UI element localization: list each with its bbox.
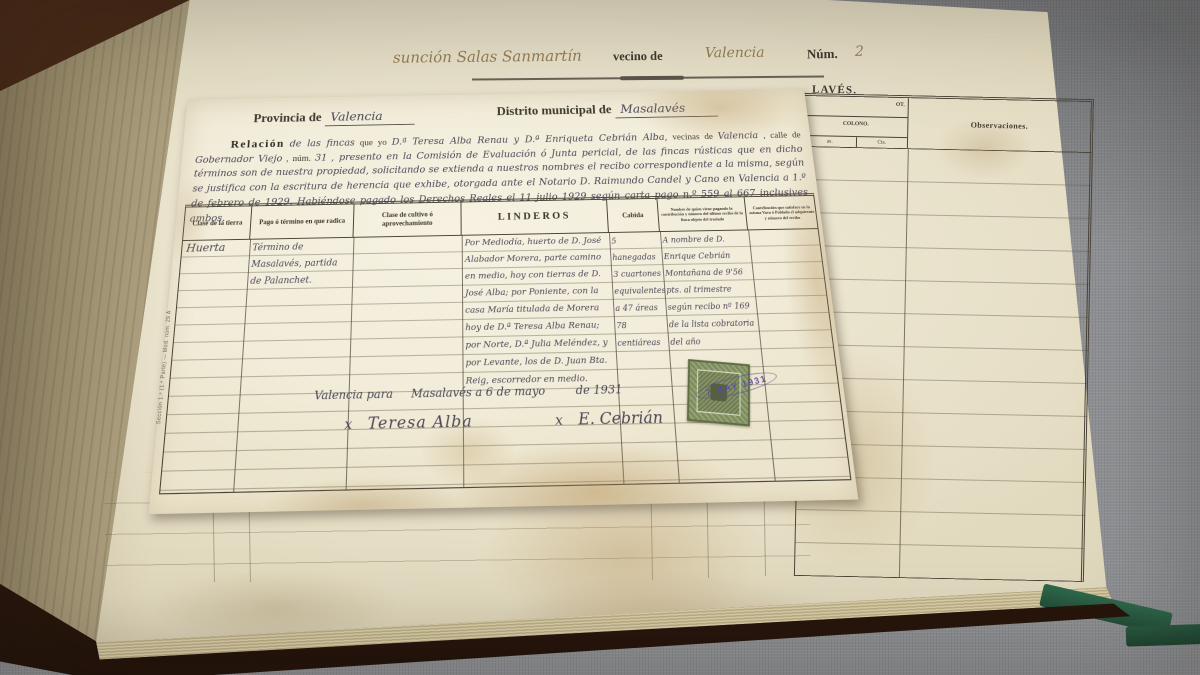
distrito-line: Distrito municipal de Masalavés (497, 101, 718, 119)
relacion-form-sheet: Provincia de Valencia Distrito municipal… (149, 89, 859, 515)
ledger-header-line: sunción Salas Sanmartín vecino de Valenc… (375, 41, 920, 77)
street-number-handwritten: 31 (315, 153, 328, 163)
signature-x-mark: x (555, 413, 563, 430)
intro-printed: , calle de (763, 131, 802, 141)
declarants-names-handwritten: D.ª Teresa Alba Renau y D.ª Enriqueta Ce… (392, 133, 668, 148)
tax-stamp: 7 MAY 1931 (687, 359, 750, 426)
date-part-city: Valencia para (314, 387, 393, 403)
intro-printed: que yo (360, 139, 387, 149)
intro-handwritten: de las fincas (289, 138, 355, 149)
header-pago-termino: Pago ó término en que radica (250, 204, 354, 238)
ptas-label: as. (804, 136, 856, 147)
cell-clase-tierra: Huerta (186, 241, 226, 254)
fincas-table-body: Huerta Término de Masalavés, partida de … (159, 229, 851, 494)
signature-teresa-alba: Teresa Alba (367, 411, 472, 433)
provincia-label: Provincia de (253, 110, 322, 125)
cell-nombre-pagador: A nombre de D. Enrique Cebrián Montañana… (662, 230, 759, 351)
header-clase-tierra: Clase de la tierra (183, 206, 252, 240)
ptas-cts-subheader: as. Cts. (804, 136, 907, 148)
num-label: Núm. (807, 46, 838, 62)
street-handwritten: Gobernador Viejo (195, 154, 283, 166)
provincia-line: Provincia de Valencia (253, 109, 415, 126)
cell-cabida: 5 hanegadas 3 cuartones equivalentes a 4… (611, 232, 667, 352)
observaciones-label: Observaciones. (908, 98, 1091, 152)
date-line-handwritten: Valencia para Masalavés a 6 de mayo de 1… (314, 383, 623, 403)
observations-table-header: OT. COLONO. as. Cts. Observaciones. (803, 93, 1094, 153)
vecino-de-label: vecino de (613, 49, 663, 65)
header-linderos: LINDEROS (461, 200, 608, 235)
intro-printed: , núm. (286, 154, 311, 164)
cell-pago-termino: Término de Masalavés, partida de Palanch… (250, 239, 351, 291)
signature-x-mark: x (344, 417, 352, 434)
date-part-place-day: Masalavés a 6 de mayo (411, 384, 545, 401)
header-cabida: Cabida (607, 199, 660, 232)
signature-e-cebrian: E. Cebrián (578, 408, 664, 429)
provincia-value-handwritten: Valencia (324, 110, 414, 127)
date-part-year: de 1931 (575, 383, 622, 398)
header-clase-cultivo: Clase de cultivo ó aprovechamiento (354, 202, 462, 236)
amount-column-header: OT. COLONO. as. Cts. (804, 96, 909, 148)
signatures-row: x Teresa Alba x E. Cebrián (344, 408, 663, 434)
header-contribucion: Contribución que satisface en la misma V… (745, 196, 820, 230)
relacion-word: Relación (230, 137, 285, 151)
intro-printed: vecinas de (672, 133, 713, 143)
num-value-handwritten: 2 (855, 44, 864, 60)
cell-linderos: Por Mediodía, huerto de D. José Alabador… (465, 233, 616, 391)
photo-of-ledger-book: sunción Salas Sanmartín vecino de Valenc… (0, 0, 1200, 675)
owner-name-handwritten: sunción Salas Sanmartín (393, 47, 582, 67)
colono-label: COLONO. (804, 116, 907, 138)
city-handwritten: Valencia (717, 131, 758, 142)
city-handwritten: Valencia (705, 45, 765, 62)
column-line (748, 230, 776, 480)
ledger-observations-table: OT. COLONO. as. Cts. Observaciones. (794, 93, 1094, 582)
header-nombre-pagador: Nombre de quien viene pagando la contrib… (657, 197, 748, 231)
cts-label: Cts. (855, 137, 907, 148)
column-line (233, 240, 251, 492)
distrito-label: Distrito municipal de (497, 103, 612, 118)
fincas-table: Clase de la tierra Pago ó término en que… (159, 193, 851, 494)
bookmark-ribbon-end (1126, 623, 1200, 646)
distrito-value-handwritten: Masalavés (614, 102, 718, 119)
column-fragment-label: OT. (805, 96, 908, 118)
